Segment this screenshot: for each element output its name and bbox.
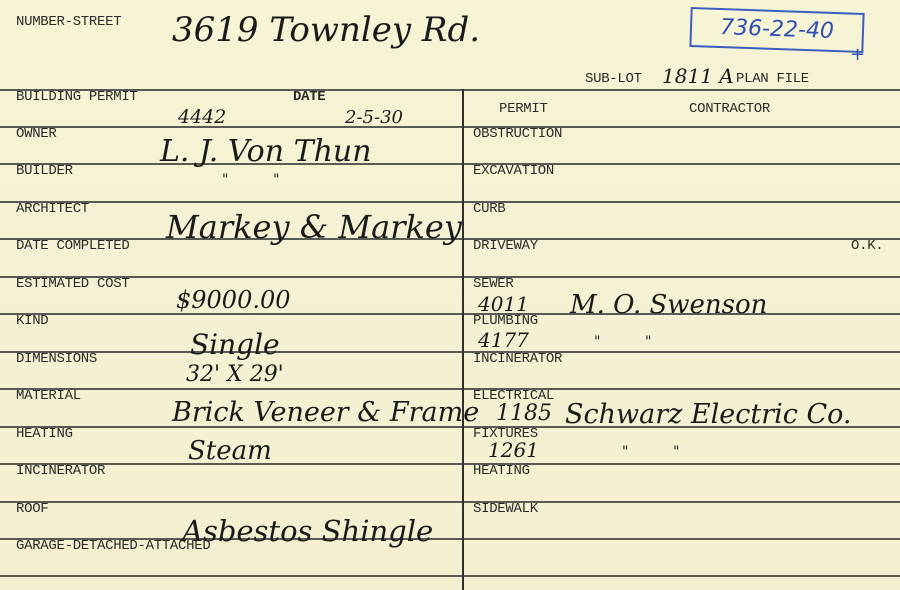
rule bbox=[0, 575, 900, 577]
date-label: DATE bbox=[293, 89, 325, 105]
excavation-label: EXCAVATION bbox=[473, 163, 554, 179]
builder-label: BUILDER bbox=[16, 163, 73, 179]
material-value: Brick Veneer & Frame bbox=[172, 397, 479, 428]
fixtures-permit: 1261 bbox=[488, 438, 539, 462]
garage-label: GARAGE-DETACHED-ATTACHED bbox=[16, 538, 210, 554]
architect-value: Markey & Markey bbox=[166, 208, 462, 246]
architect-label: ARCHITECT bbox=[16, 201, 89, 217]
number-street-value: 3619 Townley Rd. bbox=[172, 10, 480, 50]
electrical-contractor: Schwarz Electric Co. bbox=[565, 399, 852, 430]
dimensions-value: 32' X 29' bbox=[186, 362, 284, 387]
plan-file-label: PLAN FILE bbox=[736, 71, 809, 87]
rule bbox=[0, 501, 900, 503]
plumbing-permit: 4177 bbox=[478, 328, 529, 352]
dimensions-label: DIMENSIONS bbox=[16, 351, 97, 367]
sewer-label: SEWER bbox=[473, 276, 514, 292]
electrical-permit: 1185 bbox=[496, 401, 552, 426]
column-divider bbox=[462, 89, 464, 590]
obstruction-label: OBSTRUCTION bbox=[473, 126, 562, 142]
plumbing-label: PLUMBING bbox=[473, 313, 538, 329]
plumbing-contractor: " " bbox=[594, 334, 651, 350]
date-completed-label: DATE COMPLETED bbox=[16, 238, 129, 254]
heating-value: Steam bbox=[188, 436, 272, 466]
number-street-label: NUMBER-STREET bbox=[16, 14, 121, 30]
permit-column-header: PERMIT bbox=[499, 101, 548, 117]
rule bbox=[0, 276, 900, 278]
material-label: MATERIAL bbox=[16, 388, 81, 404]
heating-permit-label: HEATING bbox=[473, 463, 530, 479]
fixtures-contractor: " " bbox=[622, 444, 679, 460]
file-number-stamp: 736-22-40 bbox=[689, 7, 864, 53]
building-permit-label: BUILDING PERMIT bbox=[16, 89, 138, 105]
incinerator-permit-label: INCINERATOR bbox=[473, 351, 562, 367]
estimated-cost-value: $9000.00 bbox=[176, 286, 291, 314]
estimated-cost-label: ESTIMATED COST bbox=[16, 276, 129, 292]
roof-label: ROOF bbox=[16, 501, 48, 517]
sewer-contractor: M. O. Swenson bbox=[570, 290, 767, 320]
driveway-note: O.K. bbox=[851, 238, 883, 254]
driveway-label: DRIVEWAY bbox=[473, 238, 538, 254]
rule bbox=[0, 351, 900, 353]
curb-label: CURB bbox=[473, 201, 505, 217]
stamp-plus-mark: + bbox=[850, 44, 865, 65]
rule bbox=[0, 201, 900, 203]
sub-lot-label: SUB-LOT bbox=[585, 71, 642, 87]
permit-record-card: NUMBER-STREET 3619 Townley Rd. 736-22-40… bbox=[0, 0, 900, 590]
builder-value: " " bbox=[222, 172, 279, 188]
rule bbox=[0, 388, 900, 390]
kind-value: Single bbox=[190, 328, 280, 361]
rule bbox=[0, 163, 900, 165]
kind-label: KIND bbox=[16, 313, 48, 329]
rule bbox=[0, 463, 900, 465]
building-permit-value: 4442 bbox=[178, 106, 226, 128]
owner-label: OWNER bbox=[16, 126, 57, 142]
sub-lot-value: 1811 A bbox=[662, 64, 734, 88]
rule bbox=[0, 126, 900, 128]
incinerator-label: INCINERATOR bbox=[16, 463, 105, 479]
date-value: 2-5-30 bbox=[345, 107, 403, 128]
heating-label: HEATING bbox=[16, 426, 73, 442]
roof-value: Asbestos Shingle bbox=[182, 514, 433, 548]
sidewalk-label: SIDEWALK bbox=[473, 501, 538, 517]
owner-value: L. J. Von Thun bbox=[160, 134, 372, 169]
contractor-column-header: CONTRACTOR bbox=[689, 101, 770, 117]
